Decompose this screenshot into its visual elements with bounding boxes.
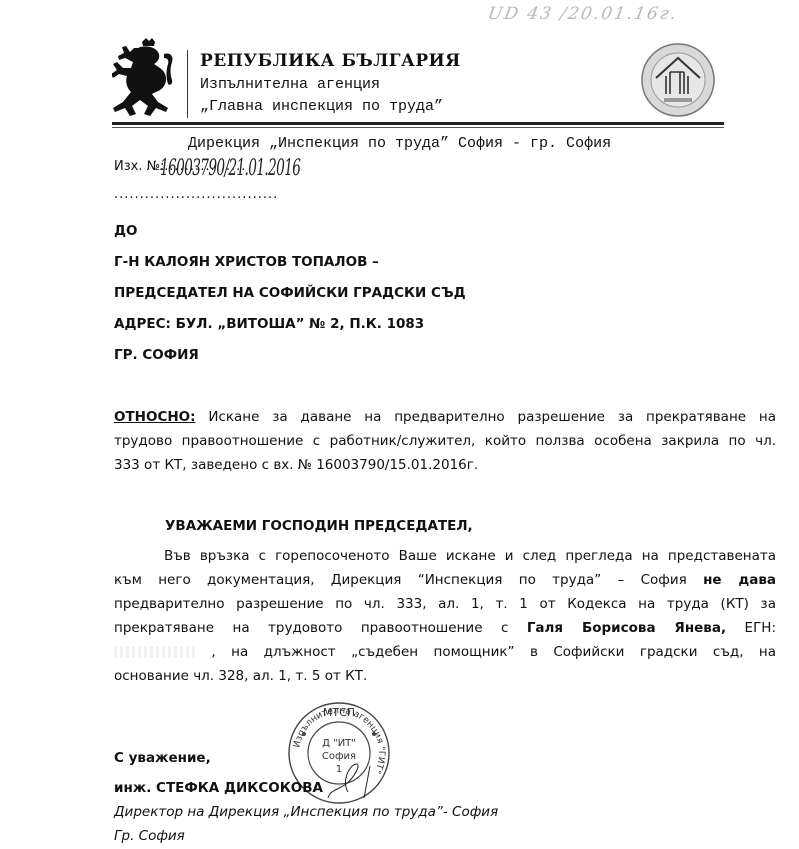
body-line5: , на длъжност „съдебен помощник” в Софий…: [211, 644, 776, 660]
git-emblem-icon: [640, 42, 716, 118]
agency-name-line1: Изпълнителна агенция: [200, 76, 380, 93]
body-line1: Във връзка с горепосоченото Ваше искане …: [114, 544, 776, 568]
salutation: УВАЖАЕМИ ГОСПОДИН ПРЕДСЕДАТЕЛ,: [165, 518, 473, 534]
body-block: Във връзка с горепосоченото Ваше искане …: [114, 544, 776, 688]
handwritten-registration-note: UD 43 /20.01.16г.: [486, 4, 679, 24]
agency-name-line2: „Главна инспекция по труда”: [200, 98, 443, 115]
republic-title: РЕПУБЛИКА БЪЛГАРИЯ: [200, 51, 461, 71]
signer-city: Гр. София: [114, 828, 185, 844]
recipient-to: ДО: [114, 223, 138, 239]
subject-line3: 333 от КТ, заведено с вх. № 16003790/15.…: [114, 453, 776, 477]
body-employee-name: Галя Борисова Янева,: [527, 620, 726, 636]
redacted-egn: [114, 646, 196, 658]
subject-label: ОТНОСНО:: [114, 409, 196, 425]
lion-crest-icon: [112, 36, 182, 122]
stamp-line3: 1: [336, 764, 342, 775]
outgoing-number-handwritten: 16003790/21.01.2016: [160, 156, 300, 181]
recipient-address: АДРЕС: БУЛ. „ВИТОША” № 2, П.К. 1083: [114, 316, 424, 332]
body-line4-text: прекратяване на трудовото правоотношение…: [114, 620, 508, 636]
letterhead-rule: [112, 122, 724, 125]
body-line2-text: към него документация, Дирекция “Инспекц…: [114, 572, 687, 588]
letterhead-divider: [187, 50, 188, 118]
stamp-line2: София: [322, 751, 356, 762]
subject-line1: Искане за даване на предварително разреш…: [208, 409, 776, 425]
letterhead-rule-thin: [112, 127, 724, 128]
body-egn-label: ЕГН:: [745, 620, 776, 636]
signer-name: инж. СТЕФКА ДИКСОКОВА: [114, 780, 323, 796]
signer-title: Директор на Дирекция „Инспекция по труда…: [114, 804, 498, 820]
recipient-city: ГР. СОФИЯ: [114, 347, 199, 363]
subject-block: ОТНОСНО: Искане за даване на предварител…: [114, 405, 776, 477]
outgoing-number-dots-line2: ................................: [114, 187, 278, 202]
body-line2-decision: не дава: [703, 572, 776, 588]
stamp-line1: Д "ИТ": [322, 738, 356, 749]
directorate-line: Дирекция „Инспекция по труда” София - гр…: [188, 135, 611, 152]
closing: С уважение,: [114, 750, 211, 766]
body-line3: предварително разрешение по чл. 333, ал.…: [114, 592, 776, 616]
body-line6: основание чл. 328, ал. 1, т. 5 от КТ.: [114, 664, 776, 688]
subject-line2: трудово правоотношение с работник/служит…: [114, 429, 776, 453]
stamp-top: МТСП: [323, 706, 355, 719]
recipient-position: ПРЕДСЕДАТЕЛ НА СОФИЙСКИ ГРАДСКИ СЪД: [114, 285, 466, 301]
recipient-name: Г-Н КАЛОЯН ХРИСТОВ ТОПАЛОВ –: [114, 254, 379, 270]
